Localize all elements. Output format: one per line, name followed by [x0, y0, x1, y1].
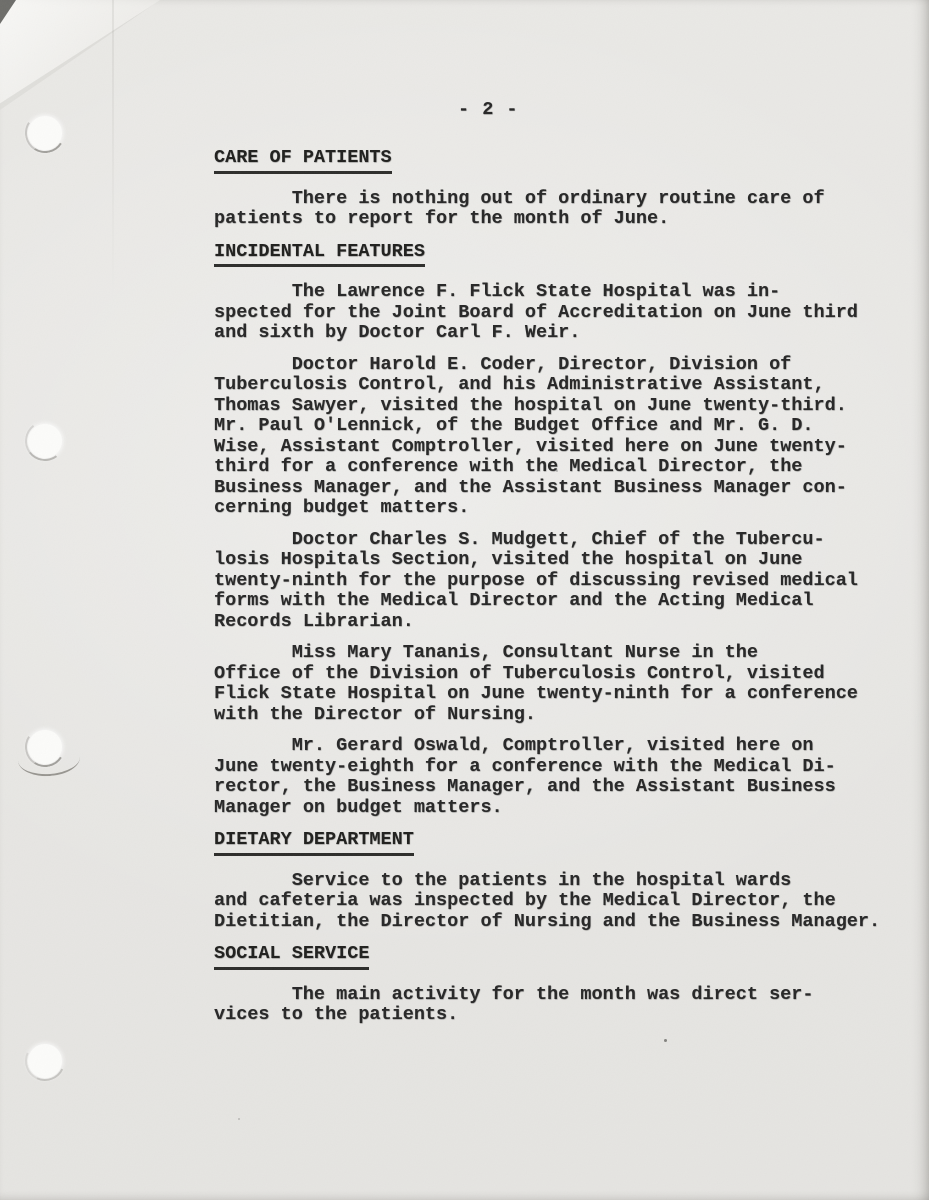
section-heading: SOCIAL SERVICE [214, 944, 876, 970]
text-line: twenty-ninth for the purpose of discussi… [214, 571, 876, 592]
text-line: Mr. Gerard Oswald, Comptroller, visited … [214, 736, 876, 757]
text-line: Dietitian, the Director of Nursing and t… [214, 912, 876, 933]
text-line: cerning budget matters. [214, 498, 876, 519]
text-line: spected for the Joint Board of Accredita… [214, 303, 876, 324]
text-line: June twenty-eighth for a conference with… [214, 757, 876, 778]
paper-speck [664, 1039, 667, 1042]
text-line: Thomas Sawyer, visited the hospital on J… [214, 396, 876, 417]
text-line: The Lawrence F. Flick State Hospital was… [214, 282, 876, 303]
text-line: third for a conference with the Medical … [214, 457, 876, 478]
text-line: Service to the patients in the hospital … [214, 871, 876, 892]
text-line: Wise, Assistant Comptroller, visited her… [214, 437, 876, 458]
section-care-of-patients: CARE OF PATIENTSThere is nothing out of … [214, 148, 876, 230]
paragraph: Doctor Harold E. Coder, Director, Divisi… [214, 355, 876, 519]
paragraph: Service to the patients in the hospital … [214, 871, 876, 933]
text-line: Doctor Harold E. Coder, Director, Divisi… [214, 355, 876, 376]
text-line: rector, the Business Manager, and the As… [214, 777, 876, 798]
section-heading: CARE OF PATIENTS [214, 148, 876, 174]
text-line: Office of the Division of Tuberculosis C… [214, 664, 876, 685]
section-heading: INCIDENTAL FEATURES [214, 242, 876, 268]
section-heading-text: SOCIAL SERVICE [214, 944, 369, 970]
paper-speck [238, 1118, 240, 1120]
section-heading-text: DIETARY DEPARTMENT [214, 830, 414, 856]
text-line: Manager on budget matters. [214, 798, 876, 819]
scanned-document-page: - 2 - CARE OF PATIENTSThere is nothing o… [0, 0, 929, 1200]
section-heading-text: CARE OF PATIENTS [214, 148, 392, 174]
paragraph: Mr. Gerard Oswald, Comptroller, visited … [214, 736, 876, 818]
section-heading-text: INCIDENTAL FEATURES [214, 242, 425, 268]
section-social-service: SOCIAL SERVICEThe main activity for the … [214, 944, 876, 1026]
section-heading: DIETARY DEPARTMENT [214, 830, 876, 856]
text-line: Miss Mary Tananis, Consultant Nurse in t… [214, 643, 876, 664]
document-body: CARE OF PATIENTSThere is nothing out of … [214, 148, 876, 1037]
paragraph: There is nothing out of ordinary routine… [214, 189, 876, 230]
punch-hole [28, 116, 62, 150]
text-line: forms with the Medical Director and the … [214, 591, 876, 612]
section-dietary-department: DIETARY DEPARTMENTService to the patient… [214, 830, 876, 932]
text-line: and cafeteria was inspected by the Medic… [214, 891, 876, 912]
punch-hole [28, 424, 62, 458]
section-incidental-features: INCIDENTAL FEATURESThe Lawrence F. Flick… [214, 242, 876, 819]
text-line: losis Hospitals Section, visited the hos… [214, 550, 876, 571]
text-line: The main activity for the month was dire… [214, 985, 876, 1006]
text-line: patients to report for the month of June… [214, 209, 876, 230]
paragraph: The main activity for the month was dire… [214, 985, 876, 1026]
text-line: with the Director of Nursing. [214, 705, 876, 726]
text-line: Tuberculosis Control, and his Administra… [214, 375, 876, 396]
text-line: Records Librarian. [214, 612, 876, 633]
text-line: Doctor Charles S. Mudgett, Chief of the … [214, 530, 876, 551]
text-line: and sixth by Doctor Carl F. Weir. [214, 323, 876, 344]
text-line: Business Manager, and the Assistant Busi… [214, 478, 876, 499]
text-line: Mr. Paul O'Lennick, of the Budget Office… [214, 416, 876, 437]
page-number: - 2 - [458, 99, 519, 120]
text-line: There is nothing out of ordinary routine… [214, 189, 876, 210]
text-line: vices to the patients. [214, 1005, 876, 1026]
paragraph: The Lawrence F. Flick State Hospital was… [214, 282, 876, 344]
paragraph: Miss Mary Tananis, Consultant Nurse in t… [214, 643, 876, 725]
paper-crease [112, 0, 114, 300]
text-line: Flick State Hospital on June twenty-nint… [214, 684, 876, 705]
punch-hole [28, 1044, 62, 1078]
paragraph: Doctor Charles S. Mudgett, Chief of the … [214, 530, 876, 633]
